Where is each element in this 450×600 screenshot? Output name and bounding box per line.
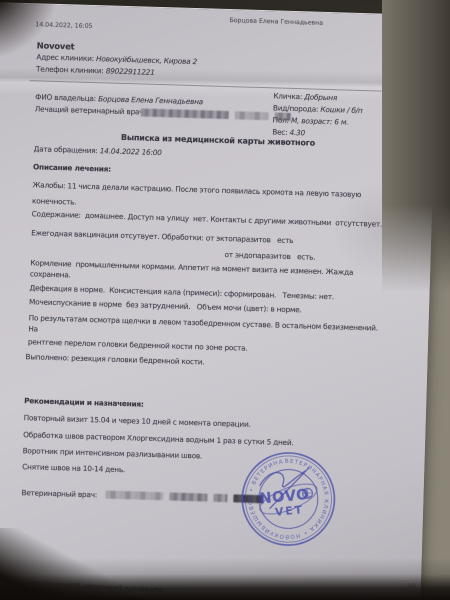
pet-nickname-label: Кличка: — [273, 91, 302, 101]
photo-background-right — [382, 0, 450, 292]
photo-shadow-bottom — [0, 558, 450, 600]
description-line: Ежегодная вакцинация отсутвует. Обработк… — [31, 228, 293, 246]
attending-vet-redacted — [141, 108, 291, 120]
description-line: Жалобы: 11 числа делали кастрацию. После… — [32, 180, 361, 200]
description-line: сохранена. — [30, 269, 71, 280]
description-line: Выполнено: резекция головки бедренной ко… — [25, 352, 204, 367]
description-line: По результатам осмотра щелчки в левом та… — [28, 313, 377, 333]
description-heading: Описание лечения: — [33, 162, 111, 174]
description-line: На — [28, 324, 38, 334]
redaction-block — [105, 491, 163, 501]
redaction-block — [213, 494, 227, 502]
recommendation-line: Воротник при интенсивном разлизывании шв… — [23, 446, 203, 461]
redaction-block — [235, 111, 269, 120]
recommendation-line: Повторный визит 15.04 и через 10 дней с … — [24, 413, 251, 430]
recommendations-heading: Рекомендации и назначения: — [24, 396, 144, 410]
stamp-graphic: ВЕТЕРИНАРНАЯ КЛИНИКА • НОВОКУЙБЫШЕВСК • … — [235, 446, 342, 553]
recommendation-line: Обработка швов раствором Хлоргексидина в… — [23, 430, 294, 448]
pet-sex-age: Пол: М, возраст: 6 м. — [272, 115, 348, 127]
recommendation-line: Снятие швов на 10-14 день. — [22, 462, 125, 475]
clinic-stamp: ВЕТЕРИНАРНАЯ КЛИНИКА • НОВОКУЙБЫШЕВСК • … — [235, 446, 342, 553]
visit-date-label: Дата обращения: — [34, 144, 98, 155]
description-line: рентгене перелом головки бедренной кости… — [28, 337, 248, 354]
pet-weight-label: Вес: — [272, 127, 287, 136]
visit-date-row: Дата обращения: 14.04.2022 16:00 — [34, 144, 162, 158]
pet-weight-value: 4.30 — [289, 128, 305, 137]
pet-nickname: Кличка: Добрыня — [273, 91, 337, 103]
pet-sex-value: М, возраст: 6 м. — [291, 116, 349, 127]
stamp-center-bottom: VET — [275, 503, 305, 519]
visit-date-value: 14.04.2022 16:00 — [100, 146, 162, 157]
redaction-block — [169, 492, 207, 501]
description-line: от эндопаразитов есть. — [224, 250, 315, 263]
redaction-block — [141, 108, 229, 119]
signature-vet-label: Ветеринарный врач: — [21, 488, 97, 500]
pet-species-label: Вид/порода: — [273, 103, 319, 113]
pet-species-value: Кошки / б/п — [320, 105, 362, 115]
pet-sex-label: Пол: — [272, 115, 289, 124]
print-owner-name: Борцова Елена Геннадьевна — [229, 16, 323, 29]
photo-shadow-top-left — [0, 0, 140, 110]
description-line: конечность. — [32, 196, 77, 207]
pet-nickname-value: Добрыня — [304, 92, 337, 102]
document-photo: 14.04.2022, 16:05 Борцова Елена Геннадье… — [0, 0, 450, 600]
